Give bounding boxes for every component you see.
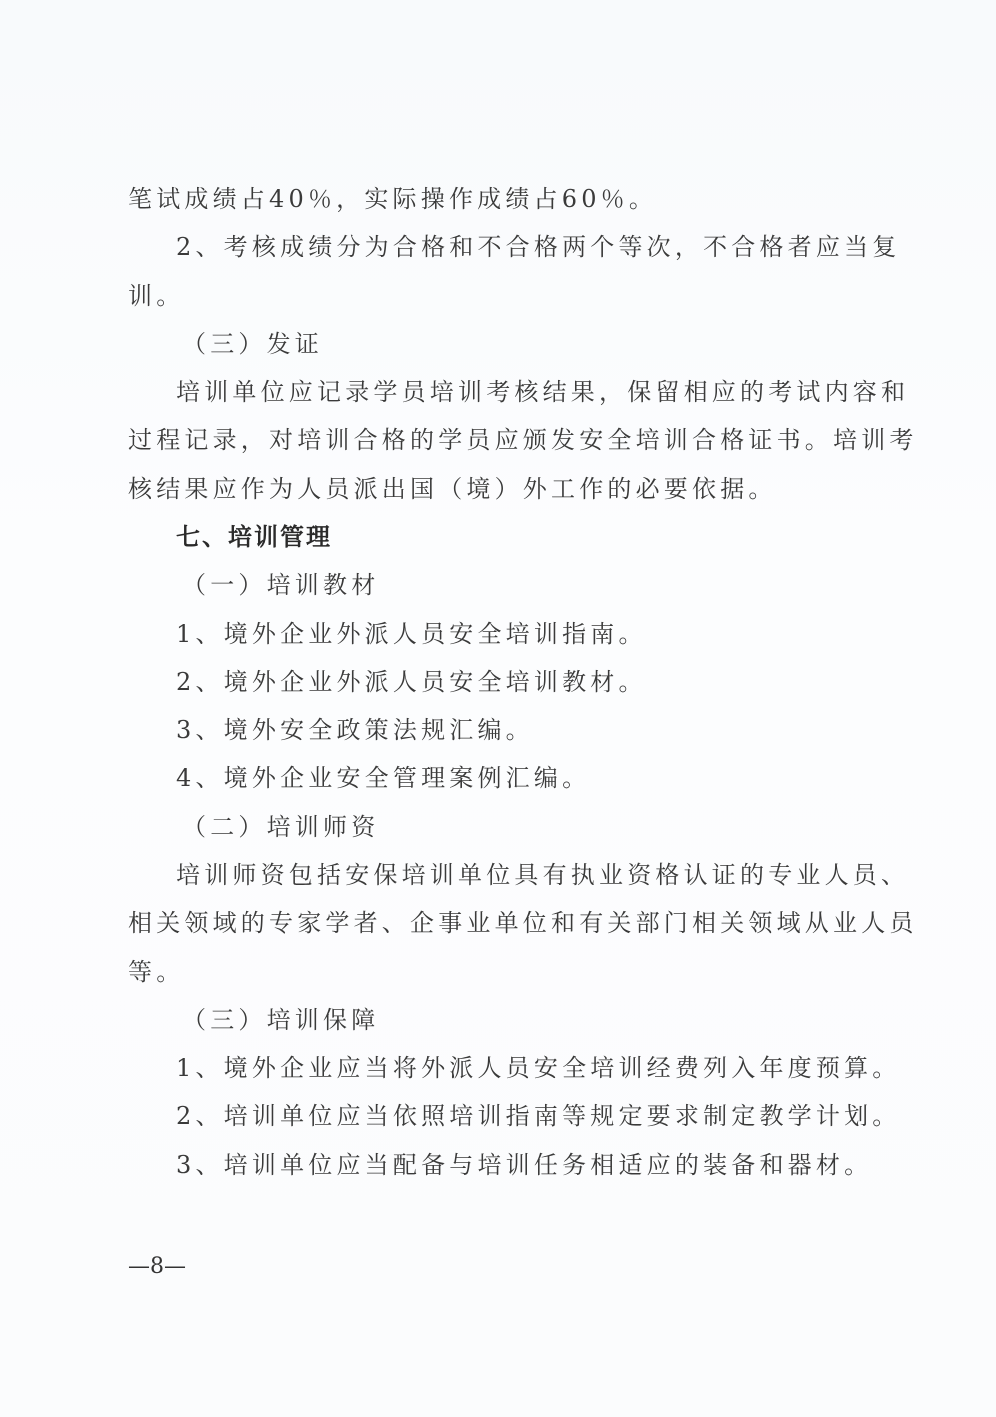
section-heading-training-management: 七、培训管理: [176, 522, 332, 552]
subsection-heading-instructors: （二）培训师资: [182, 812, 379, 842]
subsection-heading-certification: （三）发证: [182, 329, 323, 359]
list-item-support-1: 1、境外企业应当将外派人员安全培训经费列入年度预算。: [176, 1053, 900, 1083]
paragraph-instructors-line2: 相关领域的专家学者、企事业单位和有关部门相关领域从业人员: [128, 908, 918, 938]
subsection-heading-materials: （一）培训教材: [182, 570, 379, 600]
list-item-support-3: 3、培训单位应当配备与培训任务相适应的装备和器材。: [176, 1150, 872, 1180]
page-number: —8—: [128, 1254, 186, 1279]
list-item-materials-3: 3、境外安全政策法规汇编。: [176, 715, 534, 745]
list-item-assessment-grades: 2、考核成绩分为合格和不合格两个等次，不合格者应当复: [176, 232, 900, 262]
paragraph-continuation: 笔试成绩占40％，实际操作成绩占60％。: [128, 184, 657, 214]
paragraph-certification-line3: 核结果应作为人员派出国（境）外工作的必要依据。: [128, 474, 777, 504]
list-item-materials-2: 2、境外企业外派人员安全培训教材。: [176, 667, 647, 697]
paragraph-continuation: 训。: [128, 281, 184, 311]
document-page: 笔试成绩占40％，实际操作成绩占60％。 2、考核成绩分为合格和不合格两个等次，…: [0, 0, 996, 1417]
list-item-support-2: 2、培训单位应当依照培训指南等规定要求制定教学计划。: [176, 1101, 900, 1131]
paragraph-certification-line2: 过程记录，对培训合格的学员应颁发安全培训合格证书。培训考: [128, 425, 918, 455]
list-item-materials-4: 4、境外企业安全管理案例汇编。: [176, 763, 590, 793]
paragraph-instructors: 培训师资包括安保培训单位具有执业资格认证的专业人员、: [176, 860, 909, 890]
list-item-materials-1: 1、境外企业外派人员安全培训指南。: [176, 619, 647, 649]
paragraph-certification: 培训单位应记录学员培训考核结果，保留相应的考试内容和: [176, 377, 909, 407]
subsection-heading-support: （三）培训保障: [182, 1005, 379, 1035]
paragraph-instructors-line3: 等。: [128, 957, 184, 987]
